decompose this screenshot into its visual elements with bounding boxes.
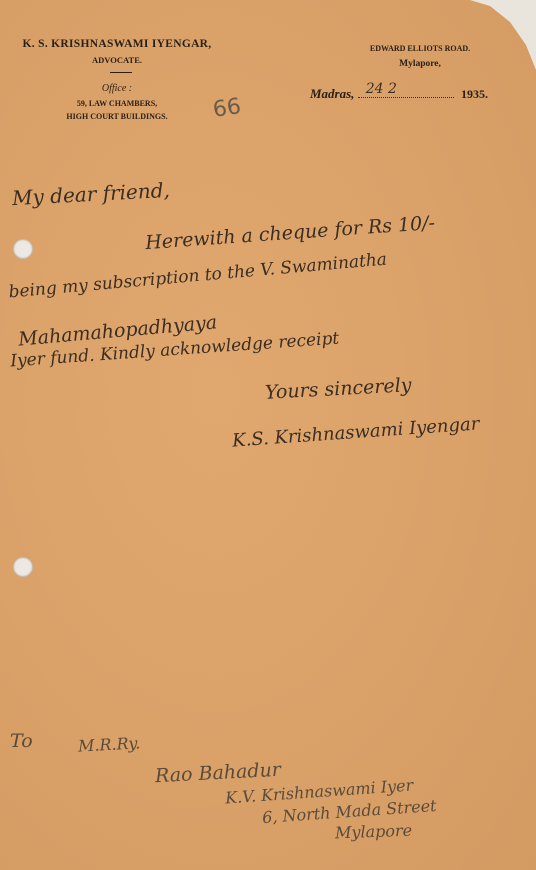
office-address-line2: HIGH COURT BUILDINGS. — [22, 112, 212, 121]
address-line-1: M.R.Ry. — [78, 733, 141, 755]
date-city: Madras, — [310, 86, 354, 101]
address-to: To — [10, 730, 33, 752]
office-label: Office : — [22, 83, 212, 94]
date-field: 24 2 — [358, 87, 454, 98]
address-line-2: Rao Bahadur — [155, 759, 282, 788]
residence-address-line1: EDWARD ELLIOTS ROAD. — [340, 44, 500, 53]
closing: Yours sincerely — [265, 374, 412, 404]
letter-paper: K. S. KRISHNASWAMI IYENGAR, ADVOCATE. Of… — [0, 0, 536, 870]
folio-number: 66 — [211, 94, 242, 123]
letterhead-title: ADVOCATE. — [22, 55, 212, 65]
date-day-month: 24 2 — [366, 81, 397, 97]
letterhead-name: K. S. KRISHNASWAMI IYENGAR, — [22, 38, 212, 50]
signature: K.S. Krishnaswami Iyengar — [232, 413, 480, 451]
residence-address-line2: Mylapore, — [340, 59, 500, 69]
address-line-5: Mylapore — [335, 821, 413, 843]
punch-hole-bottom — [13, 557, 33, 577]
letterhead-rule — [110, 72, 132, 73]
punch-hole-top — [13, 239, 33, 259]
date-year: 1935. — [461, 87, 488, 101]
salutation: My dear friend, — [11, 178, 170, 210]
letter-line-1: Herewith a cheque for Rs 10/- — [145, 212, 436, 254]
office-address-line1: 59, LAW CHAMBERS, — [22, 99, 212, 108]
letter-line-2: being my subscription to the V. Swaminat… — [8, 249, 388, 302]
date-line: Madras, 24 2 1935. — [310, 86, 520, 102]
